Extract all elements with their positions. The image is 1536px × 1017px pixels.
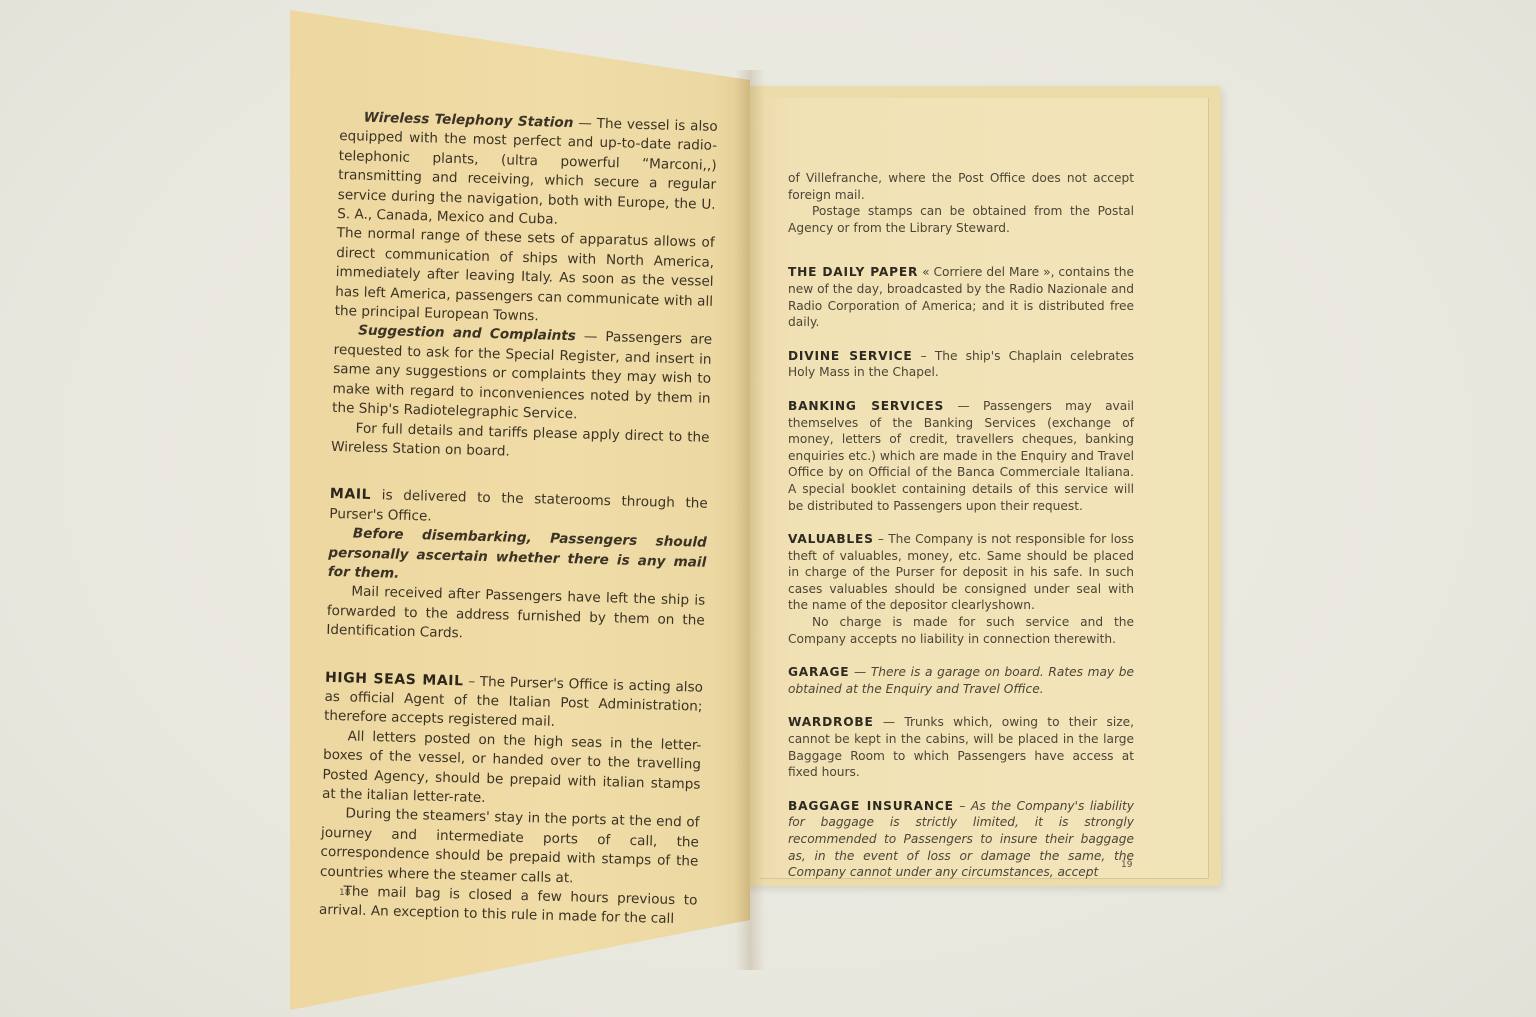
daily-paper-section: THE DAILY PAPER « Corriere del Mare », c… [788,264,1134,330]
mail-notice: Before disembarking, Passengers should p… [328,524,707,592]
banking-services-section: BANKING SERVICES — Passengers may avail … [788,398,1134,514]
mail-forwarding-paragraph: Mail received after Passengers have left… [326,582,705,650]
section-heading: BAGGAGE INSURANCE [788,799,954,813]
section-heading: Suggestion and Complaints [358,323,576,345]
suggestions-section: Suggestion and Complaints — Passengers a… [332,321,712,428]
section-heading: THE DAILY PAPER [788,265,918,279]
wardrobe-section: WARDROBE — Trunks which, owing to their … [788,714,1134,780]
section-heading: DIVINE SERVICE [788,349,913,363]
divine-service-section: DIVINE SERVICE – The ship's Chaplain cel… [788,348,1134,381]
left-page-text: Wireless Telephony Station — The vessel … [319,108,718,930]
section-heading: Wireless Telephony Station [364,110,574,131]
page-number-right: 19 [1121,860,1132,870]
high-seas-mail-section: HIGH SEAS MAIL – The Purser's Office is … [324,668,703,736]
wireless-range-paragraph: The normal range of these sets of appara… [334,224,714,331]
high-seas-ports-paragraph: During the steamers' stay in the ports a… [320,804,700,891]
section-heading: BANKING SERVICES [788,399,944,413]
booklet-spine [735,70,765,970]
page-number-left: 18 [339,888,350,898]
high-seas-letters-paragraph: All letters posted on the high seas in t… [322,727,702,814]
wireless-section: Wireless Telephony Station — The vessel … [337,108,718,234]
baggage-insurance-section: BAGGAGE INSURANCE – As the Company's lia… [788,798,1134,881]
section-heading: GARAGE [788,665,849,679]
garage-section: GARAGE — There is a garage on board. Rat… [788,664,1134,697]
postage-paragraph: Postage stamps can be obtained from the … [788,203,1134,236]
valuables-section: VALUABLES – The Company is not responsib… [788,531,1134,614]
valuables-liability-paragraph: No charge is made for such service and t… [788,614,1134,647]
section-heading: MAIL [330,486,372,503]
section-heading: HIGH SEAS MAIL [325,669,464,689]
villefranche-continuation: of Villefranche, where the Post Office d… [788,170,1134,203]
section-heading: WARDROBE [788,715,874,729]
section-heading: VALUABLES [788,532,874,546]
right-page-text: of Villefranche, where the Post Office d… [788,170,1134,881]
